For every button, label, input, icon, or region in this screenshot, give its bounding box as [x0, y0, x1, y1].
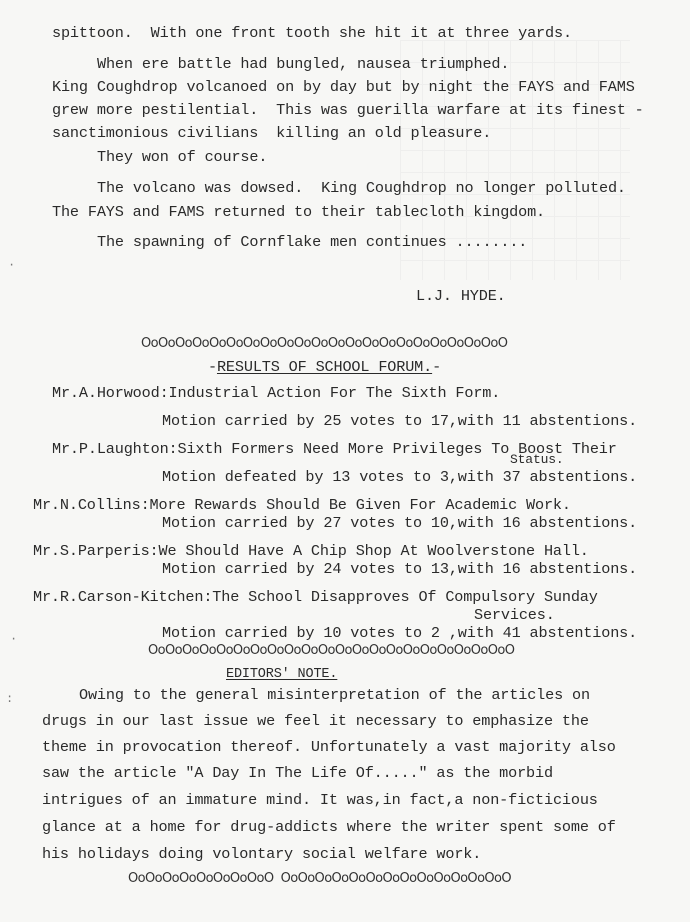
story-line: They won of course.	[97, 148, 267, 166]
margin-mark: ·	[8, 258, 15, 272]
document-page: spittoon. With one front tooth she hit i…	[0, 0, 690, 922]
story-line: When ere battle had bungled, nausea triu…	[97, 55, 509, 73]
motion-title: We Should Have A Chip Shop At Woolversto…	[159, 542, 589, 560]
story-line: The volcano was dowsed. King Coughdrop n…	[97, 179, 626, 197]
motion-result: Motion defeated by 13 votes to 3,with 37…	[162, 468, 637, 486]
story-line: sanctimonious civilians killing an old p…	[52, 124, 491, 142]
editors-note-heading: EDITORS' NOTE.	[226, 666, 337, 684]
motion-title-continued: Status.	[510, 451, 564, 469]
margin-mark: :	[6, 692, 13, 706]
motion-title: More Rewards Should Be Given For Academi…	[150, 496, 571, 514]
motion-proposer: Mr.N.Collins:	[33, 496, 150, 514]
forum-heading: -RESULTS OF SCHOOL FORUM.-	[208, 358, 441, 376]
story-line: grew more pestilential. This was guerill…	[52, 101, 644, 119]
motion-title-row: Mr.N.Collins:More Rewards Should Be Give…	[33, 496, 571, 514]
separator-line: OoOoOoOoOoOoOoOoO OoOoOoOoOoOoOoOoOoOoOo…	[128, 871, 511, 887]
note-line: glance at a home for drug-addicts where …	[42, 818, 616, 836]
motion-title-row: Mr.A.Horwood:Industrial Action For The S…	[52, 384, 500, 402]
separator-line: OoOoOoOoOoOoOoOoOoOoOoOoOoOoOoOoOoOoOoOo…	[148, 643, 514, 659]
motion-title: The School Disapproves Of Compulsory Sun…	[212, 588, 597, 606]
motion-proposer: Mr.P.Laughton:	[52, 440, 178, 458]
motion-proposer: Mr.S.Parperis:	[33, 542, 159, 560]
note-line: Owing to the general misinterpretation o…	[79, 686, 590, 704]
motion-title-continued: Services.	[474, 606, 555, 624]
forum-heading-text: RESULTS OF SCHOOL FORUM.	[217, 358, 432, 376]
motion-proposer: Mr.A.Horwood:	[52, 384, 169, 402]
author-signature: L.J. HYDE.	[416, 287, 506, 305]
motion-title: Industrial Action For The Sixth Form.	[169, 384, 501, 402]
story-line: King Coughdrop volcanoed on by day but b…	[52, 78, 635, 96]
motion-proposer: Mr.R.Carson-Kitchen:	[33, 588, 212, 606]
note-line: saw the article "A Day In The Life Of...…	[42, 764, 553, 782]
story-line: The FAYS and FAMS returned to their tabl…	[52, 203, 545, 221]
motion-result: Motion carried by 27 votes to 10,with 16…	[162, 514, 637, 532]
motion-result: Motion carried by 25 votes to 17,with 11…	[162, 412, 637, 430]
note-line: intrigues of an immature mind. It was,in…	[42, 791, 598, 809]
note-line: drugs in our last issue we feel it neces…	[42, 712, 589, 730]
note-line: his holidays doing volontary social welf…	[42, 845, 481, 863]
separator-line: OoOoOoOoOoOoOoOoOoOoOoOoOoOoOoOoOoOoOoOo…	[141, 336, 507, 352]
margin-mark: ·	[10, 632, 17, 646]
story-line: The spawning of Cornflake men continues …	[97, 233, 527, 251]
story-line: spittoon. With one front tooth she hit i…	[52, 24, 572, 42]
motion-result: Motion carried by 24 votes to 13,with 16…	[162, 560, 637, 578]
note-line: theme in provocation thereof. Unfortunat…	[42, 738, 616, 756]
motion-title-row: Mr.R.Carson-Kitchen:The School Disapprov…	[33, 588, 598, 606]
motion-result: Motion carried by 10 votes to 2 ,with 41…	[162, 624, 637, 642]
motion-title-row: Mr.S.Parperis:We Should Have A Chip Shop…	[33, 542, 589, 560]
